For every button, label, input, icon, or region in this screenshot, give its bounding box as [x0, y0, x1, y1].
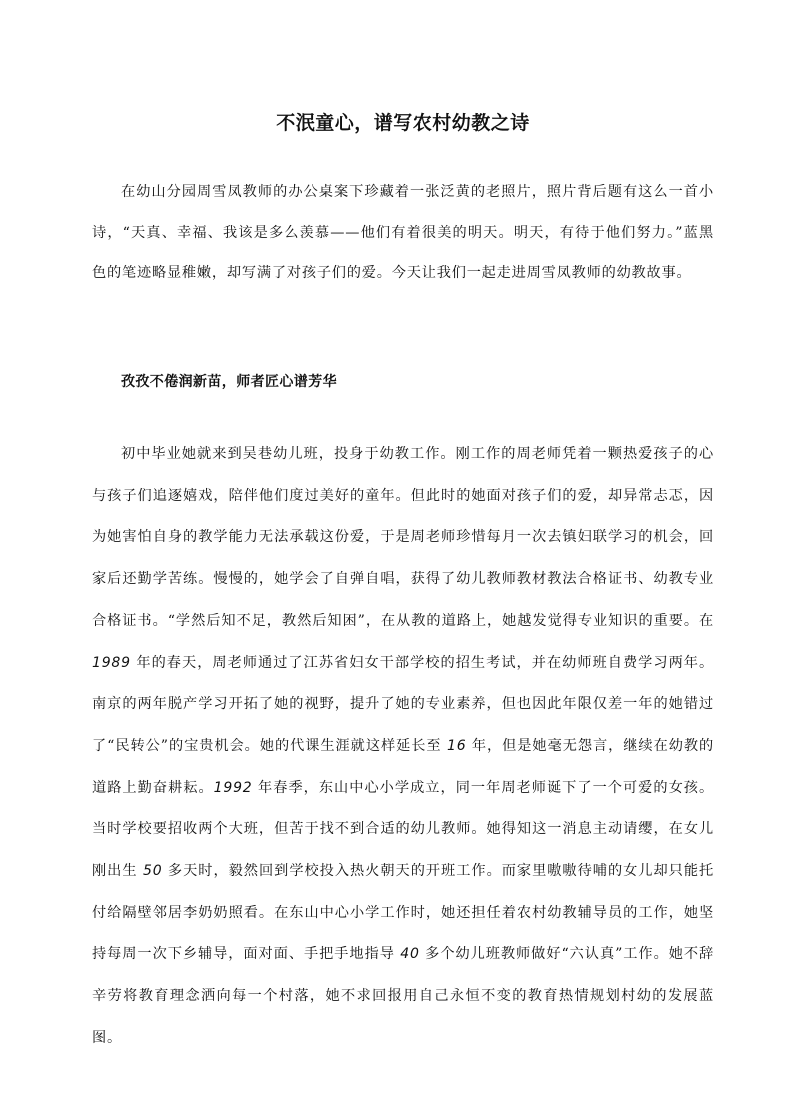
- teachers-count-number: 40: [400, 946, 419, 962]
- document-title: 不泯童心，谱写农村幼教之诗: [92, 110, 714, 136]
- intro-paragraph: 在幼山分园周雪凤教师的办公桌案下珍藏着一张泛黄的老照片，照片背后题有这么一首小诗…: [92, 172, 714, 294]
- year-number: 1989: [92, 655, 131, 671]
- paragraph-text: 初中毕业她就来到吴巷幼儿班，投身于幼教工作。刚工作的周老师凭着一颗热爱孩子的心与…: [92, 446, 714, 629]
- year-number: 1992: [214, 780, 253, 796]
- section-heading: 孜孜不倦润新苗，师者匠心谱芳华: [121, 371, 337, 393]
- main-paragraph: 初中毕业她就来到吴巷幼儿班，投身于幼教工作。刚工作的周老师凭着一颗热爱孩子的心与…: [92, 434, 714, 1060]
- days-count-number: 50: [143, 863, 162, 879]
- years-count-number: 16: [447, 738, 466, 754]
